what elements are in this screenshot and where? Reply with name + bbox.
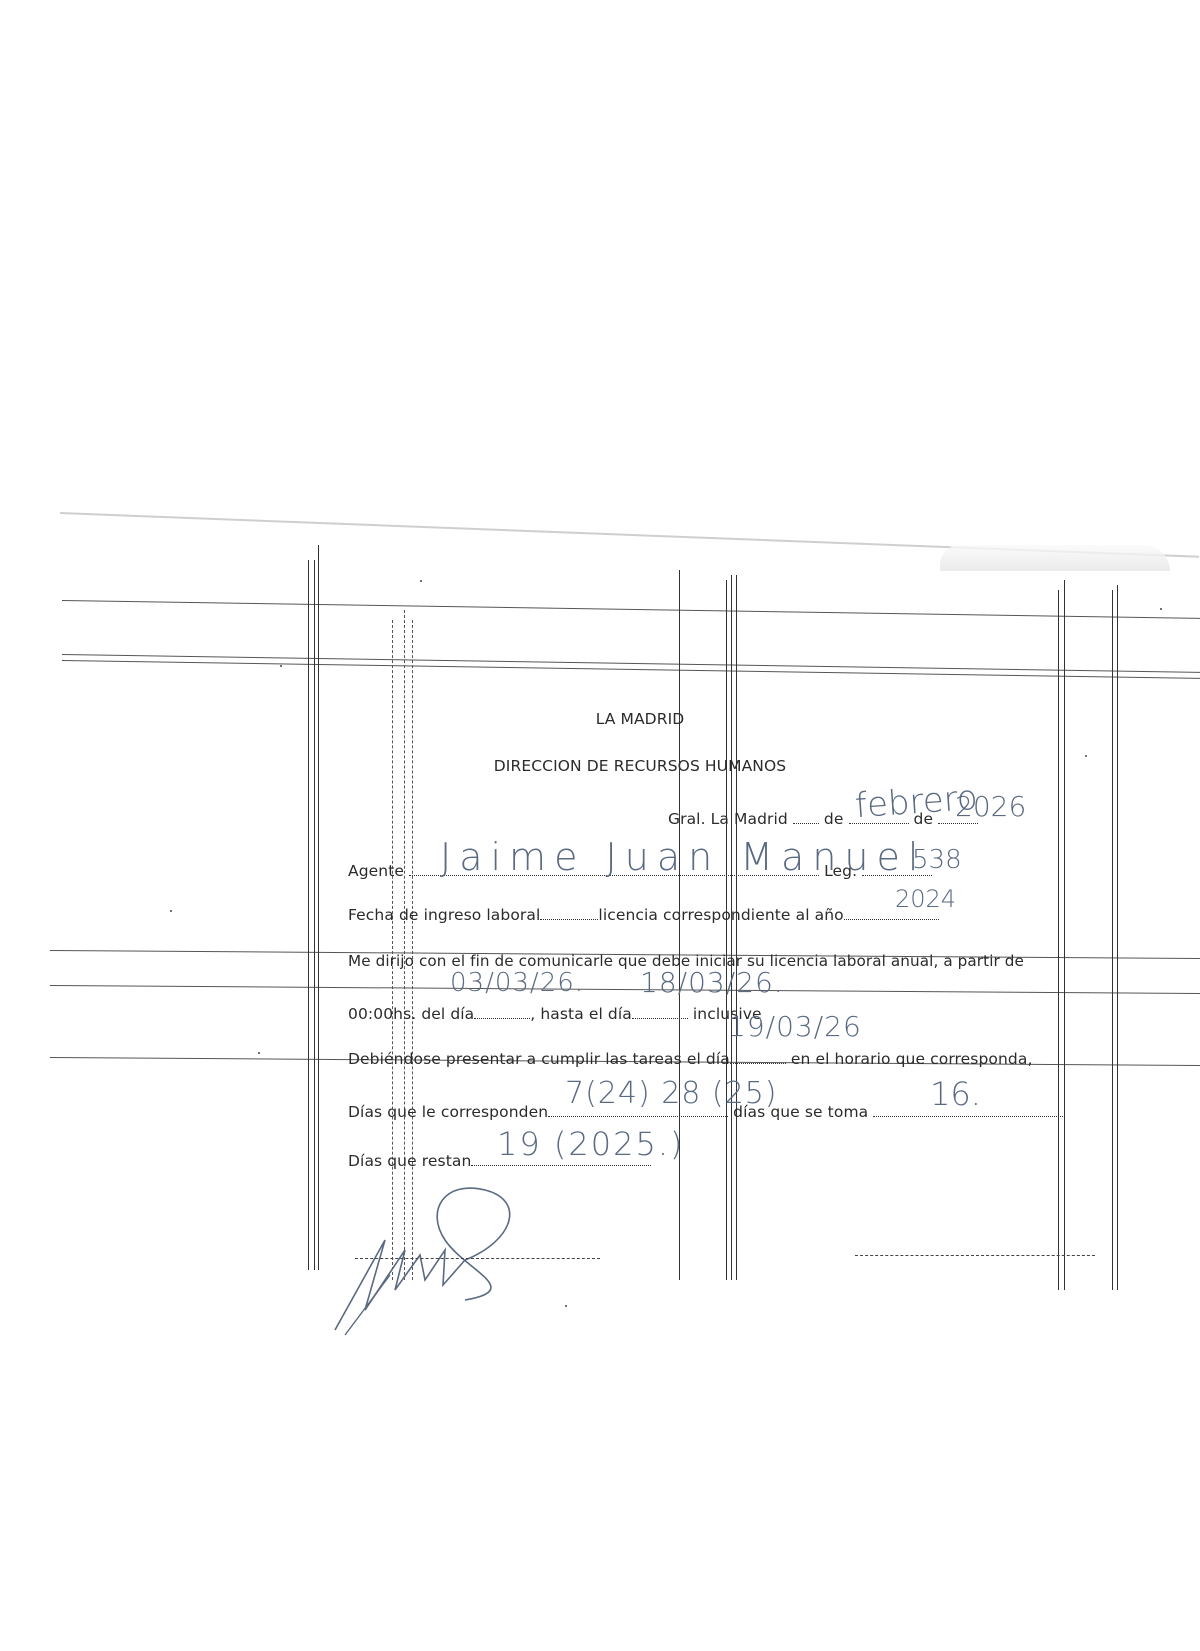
period-line: 00:00hs. del día, hasta el día inclusive [348,1005,762,1023]
signature-line-left [355,1258,600,1259]
handwritten-dias-toma: 16. [930,1075,981,1113]
handwritten-start-date: 03/03/26. [450,968,584,998]
scan-vline [1064,580,1065,1290]
scan-vline [679,570,680,1280]
scan-vline [726,580,727,1280]
return-text: Debiéndose presentar a cumplir las tarea… [348,1050,730,1068]
dias-corresponden-label: Días que le corresponden [348,1103,548,1121]
speck [280,665,282,667]
signature-line-right [855,1255,1095,1256]
start-day-field[interactable] [474,1006,530,1019]
signature [325,1180,525,1340]
place-date-prefix: Gral. La Madrid [668,810,788,828]
handwritten-end-date: 18/03/26. [640,966,784,999]
scan-line [50,985,1200,994]
speck [258,1052,260,1054]
handwritten-agent-name: Jaime Juan Manuel [440,835,926,879]
ingreso-field[interactable] [540,907,598,920]
handwritten-dias-corresponden: 7(24) 28 (25) [565,1076,778,1111]
scan-vline [731,575,732,1280]
speck [170,910,172,912]
place-date-de1: de [824,810,844,828]
handwritten-dias-restan: 19 (2025.) [497,1125,684,1163]
ingreso-line: Fecha de ingreso laborallicencia corresp… [348,906,939,924]
end-day-field[interactable] [632,1006,688,1019]
handwritten-return-date: 19/03/26 [728,1010,862,1043]
scan-vline [308,560,309,1270]
return-suffix: en el horario que corresponda, [791,1050,1033,1068]
return-day-field[interactable] [730,1051,786,1064]
handwritten-year: 2026 [955,790,1026,823]
scan-vline [1058,590,1059,1290]
scan-vline [318,545,319,1270]
header-department: DIRECCION DE RECURSOS HUMANOS [0,757,1200,775]
speck [1160,608,1162,610]
header-municipality: LA MADRID [0,710,1200,728]
day-field[interactable] [793,811,819,824]
handwritten-legajo: 538 [912,845,962,875]
licencia-label: licencia correspondiente al año [598,906,843,924]
speck [420,580,422,582]
scan-vline [1117,585,1118,1290]
scan-line [62,600,1200,619]
speck [1085,755,1087,757]
speck [565,1305,567,1307]
agent-label: Agente [348,862,404,880]
scan-vline [1112,590,1113,1290]
dias-restan-label: Días que restan [348,1152,471,1170]
ingreso-label: Fecha de ingreso laboral [348,906,540,924]
until-label: , hasta el día [530,1005,632,1023]
handwritten-licencia-year: 2024 [895,885,956,913]
return-line: Debiéndose presentar a cumplir las tarea… [348,1050,1032,1068]
paper-tear [940,545,1170,571]
scan-vline [314,560,315,1270]
start-prefix: 00:00hs. del día [348,1005,474,1023]
scan-vline [736,575,737,1280]
